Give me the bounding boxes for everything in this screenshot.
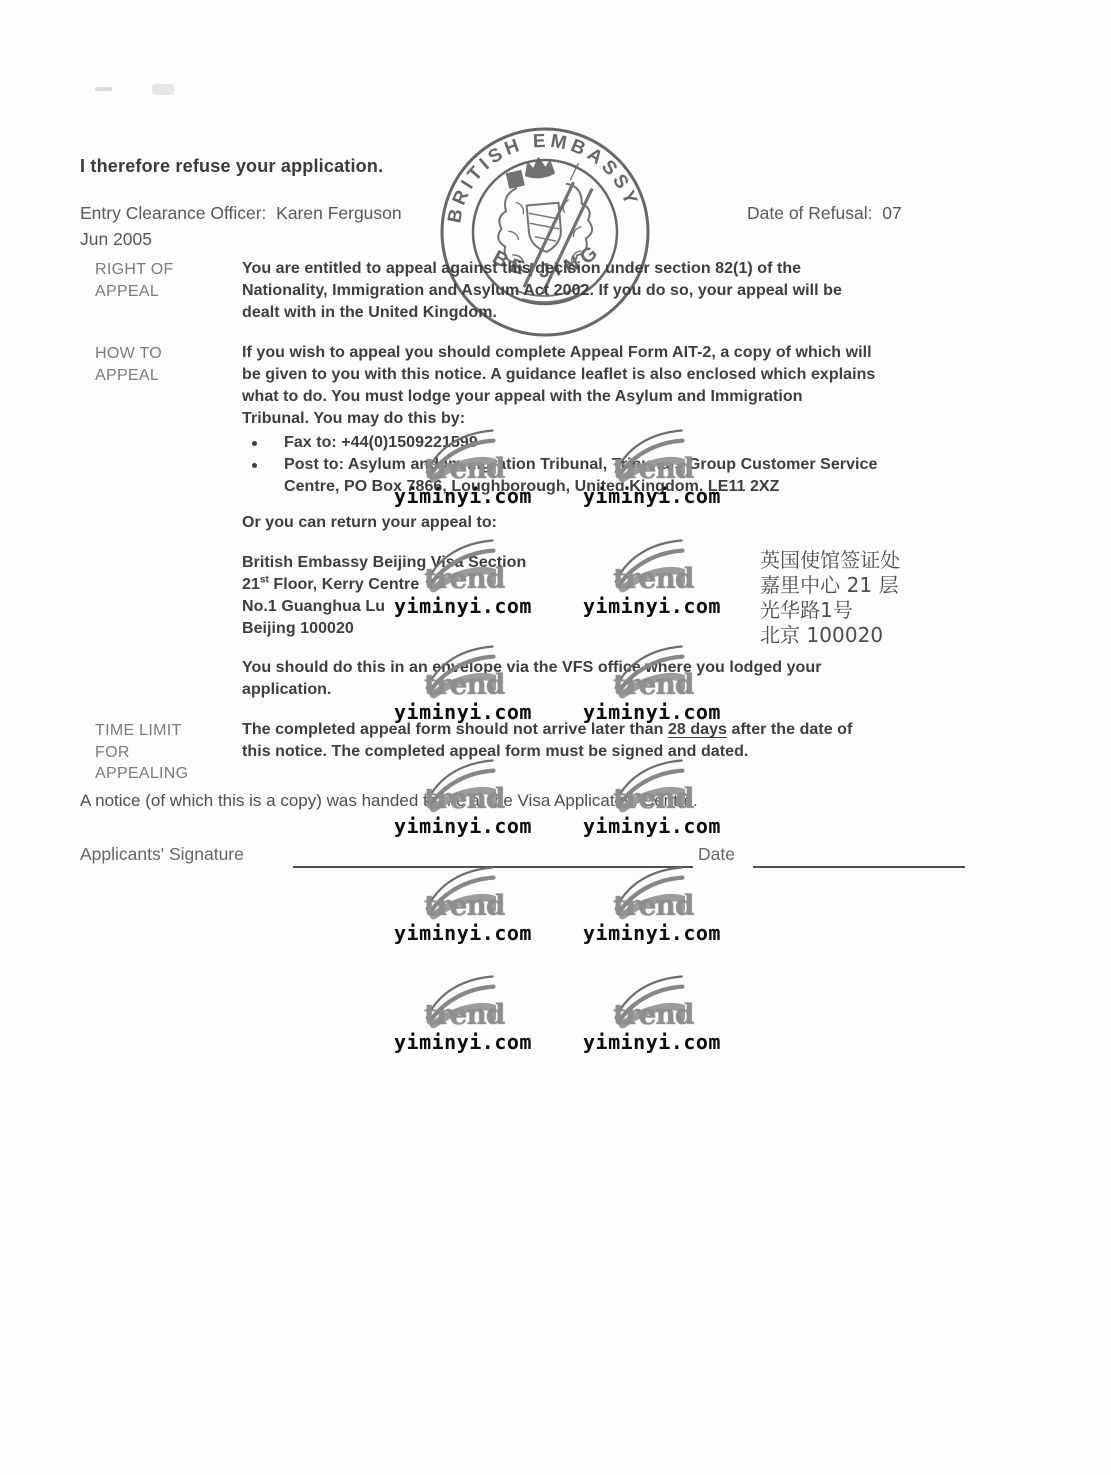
- scan-smudge: [152, 84, 174, 95]
- entry-clearance-officer-line: Entry Clearance Officer: Karen Ferguson: [80, 203, 402, 224]
- watermark-brand-text: trend: [613, 452, 693, 485]
- applicants-signature-label: Applicants' Signature: [80, 844, 244, 865]
- watermark: trend yiminyi.com: [394, 972, 544, 1052]
- watermark-brand-text: trend: [613, 998, 693, 1031]
- date-of-refusal-wrap: Jun 2005: [80, 229, 152, 250]
- embassy-address-chinese: 英国使馆签证处 嘉里中心 21 层 光华路1号 北京 100020: [760, 548, 900, 648]
- watermark-site-text: yiminyi.com: [394, 814, 532, 838]
- watermark-site-text: yiminyi.com: [583, 700, 721, 724]
- watermark: trend yiminyi.com: [583, 536, 733, 616]
- watermark-site-text: yiminyi.com: [583, 484, 721, 508]
- watermark: trend yiminyi.com: [583, 642, 733, 722]
- watermark-site-text: yiminyi.com: [394, 594, 532, 618]
- watermark: trend yiminyi.com: [394, 426, 544, 506]
- watermark-brand-text: trend: [424, 668, 504, 701]
- section-label-how-to-appeal: HOW TO APPEAL: [95, 343, 162, 386]
- watermark-brand-text: trend: [424, 998, 504, 1031]
- watermark-brand-text: trend: [424, 889, 504, 922]
- watermark-brand-text: trend: [424, 782, 504, 815]
- watermark-brand-text: trend: [613, 562, 693, 595]
- date-of-refusal: Date of Refusal: 07: [747, 203, 902, 224]
- date-field-label: Date: [698, 844, 735, 865]
- watermark: trend yiminyi.com: [394, 863, 544, 943]
- watermark-site-text: yiminyi.com: [583, 921, 721, 945]
- how-to-appeal-intro: If you wish to appeal you should complet…: [242, 342, 987, 430]
- section-label-time-limit: TIME LIMIT FOR APPEALING: [95, 720, 188, 785]
- date-line: [753, 866, 965, 868]
- watermark: trend yiminyi.com: [394, 756, 544, 836]
- watermark-brand-text: trend: [424, 562, 504, 595]
- watermark: trend yiminyi.com: [583, 756, 733, 836]
- return-appeal-line: Or you can return your appeal to:: [242, 512, 987, 534]
- watermark-brand-text: trend: [424, 452, 504, 485]
- watermark-site-text: yiminyi.com: [583, 814, 721, 838]
- watermark-site-text: yiminyi.com: [394, 1030, 532, 1054]
- watermark-site-text: yiminyi.com: [394, 700, 532, 724]
- watermark-site-text: yiminyi.com: [583, 1030, 721, 1054]
- watermark-site-text: yiminyi.com: [394, 484, 532, 508]
- refusal-heading: I therefore refuse your application.: [80, 156, 383, 177]
- watermark: trend yiminyi.com: [583, 972, 733, 1052]
- right-of-appeal-paragraph: You are entitled to appeal against this …: [242, 258, 987, 324]
- watermark: trend yiminyi.com: [583, 863, 733, 943]
- watermark: trend yiminyi.com: [394, 536, 544, 616]
- watermark-brand-text: trend: [613, 782, 693, 815]
- watermark-site-text: yiminyi.com: [394, 921, 532, 945]
- address-line-4: Beijing 100020: [242, 618, 642, 640]
- watermark-site-text: yiminyi.com: [583, 594, 721, 618]
- watermark: trend yiminyi.com: [394, 642, 544, 722]
- scan-smudge: [95, 87, 112, 91]
- watermark: trend yiminyi.com: [583, 426, 733, 506]
- watermark-brand-text: trend: [613, 889, 693, 922]
- watermark-brand-text: trend: [613, 668, 693, 701]
- section-label-right-of-appeal: RIGHT OF APPEAL: [95, 259, 174, 302]
